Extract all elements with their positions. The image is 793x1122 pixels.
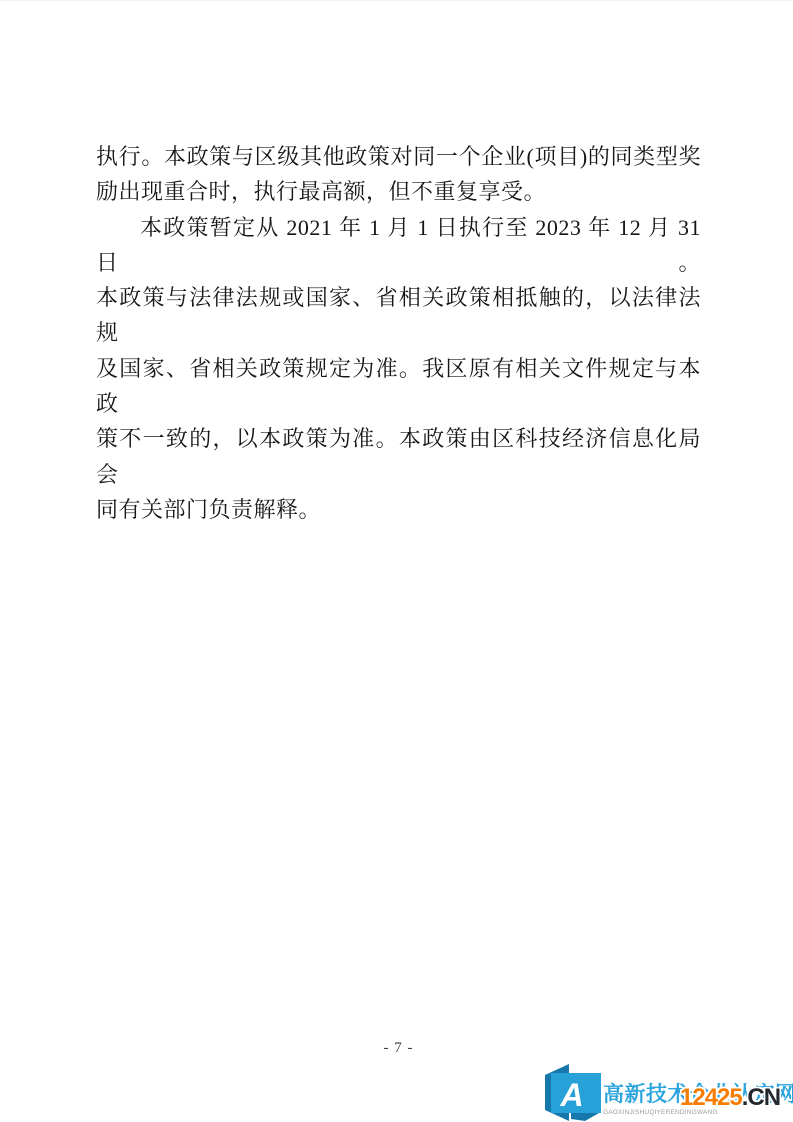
paragraph-line: 本政策与法律法规或国家、省相关政策相抵触的，以法律法规 <box>96 280 701 351</box>
logo-domain-tld: .CN <box>742 1084 780 1111</box>
watermark-logo: A 高新技术企业认定网 GAOXINJISHUQIYERENDINGWANG 1… <box>545 1063 793 1122</box>
logo-letter: A <box>559 1077 583 1113</box>
paragraph-line: 策不一致的，以本政策为准。本政策由区科技经济信息化局会 <box>96 421 701 492</box>
paragraph-line: 同有关部门负责解释。 <box>96 492 701 527</box>
paragraph-line: 执行。本政策与区级其他政策对同一个企业(项目)的同类型奖 <box>96 139 701 174</box>
paragraph-line: 本政策暂定从 2021 年 1 月 1 日执行至 2023 年 12 月 31 … <box>96 210 701 281</box>
logo-a-icon: A <box>545 1063 601 1121</box>
paragraph-line: 及国家、省相关政策规定为准。我区原有相关文件规定与本政 <box>96 351 701 422</box>
paragraph-line: 励出现重合时，执行最高额，但不重复享受。 <box>96 174 701 209</box>
body-text: 执行。本政策与区级其他政策对同一个企业(项目)的同类型奖 励出现重合时，执行最高… <box>96 139 701 527</box>
logo-domain-number: 12425 <box>680 1084 742 1111</box>
logo-domain-overlay: 12425.CN <box>680 1084 780 1112</box>
page-number: - 7 - <box>96 1040 701 1057</box>
document-page: 执行。本政策与区级其他政策对同一个企业(项目)的同类型奖 励出现重合时，执行最高… <box>0 1 793 1122</box>
